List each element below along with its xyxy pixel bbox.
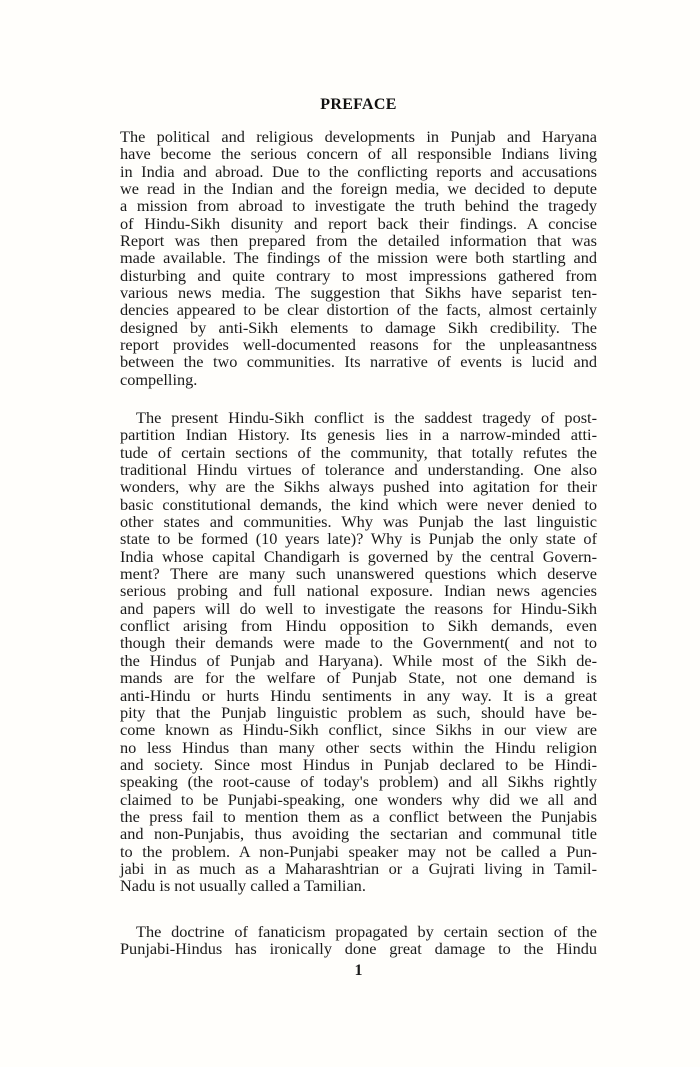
text-line: designed by anti-Sikh elements to damage…: [120, 319, 597, 336]
text-line: no less Hindus than many other sects wit…: [120, 739, 597, 756]
text-line: a mission from abroad to investigate the…: [120, 197, 597, 214]
text-line: basic constitutional demands, the kind w…: [120, 496, 597, 513]
paragraph-3: The doctrine of fanaticism propagated by…: [120, 923, 597, 958]
text-line: The political and religious developments…: [120, 128, 597, 145]
text-line: pity that the Punjab linguistic problem …: [120, 704, 597, 721]
text-line: partition Indian History. Its genesis li…: [120, 426, 597, 443]
paragraph-2: The present Hindu-Sikh conflict is the s…: [120, 409, 597, 895]
text-line: have become the serious concern of all r…: [120, 145, 597, 162]
text-line: between the two communities. Its narrati…: [120, 353, 597, 370]
text-line: other states and communities. Why was Pu…: [120, 513, 597, 530]
text-line: The doctrine of fanaticism propagated by…: [120, 923, 597, 940]
paragraph-1: The political and religious developments…: [120, 128, 597, 388]
text-line: to the problem. A non-Punjabi speaker ma…: [120, 843, 597, 860]
text-line: Punjabi-Hindus has ironically done great…: [120, 940, 597, 957]
text-line: claimed to be Punjabi-speaking, one wond…: [120, 791, 597, 808]
text-line: in India and abroad. Due to the conflict…: [120, 163, 597, 180]
text-line: we read in the Indian and the foreign me…: [120, 180, 597, 197]
text-line: anti-Hindu or hurts Hindu sentiments in …: [120, 687, 597, 704]
text-line: The present Hindu-Sikh conflict is the s…: [120, 409, 597, 426]
text-line: disturbing and quite contrary to most im…: [120, 267, 597, 284]
text-line: jabi in as much as a Maharashtrian or a …: [120, 860, 597, 877]
text-line: ment? There are many such unanswered que…: [120, 565, 597, 582]
text-line: and society. Since most Hindus in Punjab…: [120, 756, 597, 773]
text-line: compelling.: [120, 371, 597, 388]
text-line: various news media. The suggestion that …: [120, 284, 597, 301]
text-line: dencies appeared to be clear distortion …: [120, 301, 597, 318]
text-line: conflict arising from Hindu opposition t…: [120, 617, 597, 634]
text-line: come known as Hindu-Sikh conflict, since…: [120, 721, 597, 738]
text-line: speaking (the root-cause of today's prob…: [120, 773, 597, 790]
text-line: and non-Punjabis, thus avoiding the sect…: [120, 825, 597, 842]
text-line: Nadu is not usually called a Tamilian.: [120, 877, 597, 894]
text-line: traditional Hindu virtues of tolerance a…: [120, 461, 597, 478]
text-line: serious probing and full national exposu…: [120, 582, 597, 599]
text-line: state to be formed (10 years late)? Why …: [120, 530, 597, 547]
text-line: of Hindu-Sikh disunity and report back t…: [120, 215, 597, 232]
text-line: though their demands were made to the Go…: [120, 634, 597, 651]
text-line: India whose capital Chandigarh is govern…: [120, 548, 597, 565]
text-line: tude of certain sections of the communit…: [120, 444, 597, 461]
text-line: the press fail to mention them as a conf…: [120, 808, 597, 825]
text-line: report provides well-documented reasons …: [120, 336, 597, 353]
text-line: Report was then prepared from the detail…: [120, 232, 597, 249]
page-number: 1: [120, 962, 597, 980]
text-line: the Hindus of Punjab and Haryana). While…: [120, 652, 597, 669]
page-title: PREFACE: [120, 96, 597, 114]
text-line: wonders, why are the Sikhs always pushed…: [120, 478, 597, 495]
text-line: made available. The findings of the miss…: [120, 249, 597, 266]
text-line: mands are for the welfare of Punjab Stat…: [120, 669, 597, 686]
text-line: and papers will do well to investigate t…: [120, 600, 597, 617]
